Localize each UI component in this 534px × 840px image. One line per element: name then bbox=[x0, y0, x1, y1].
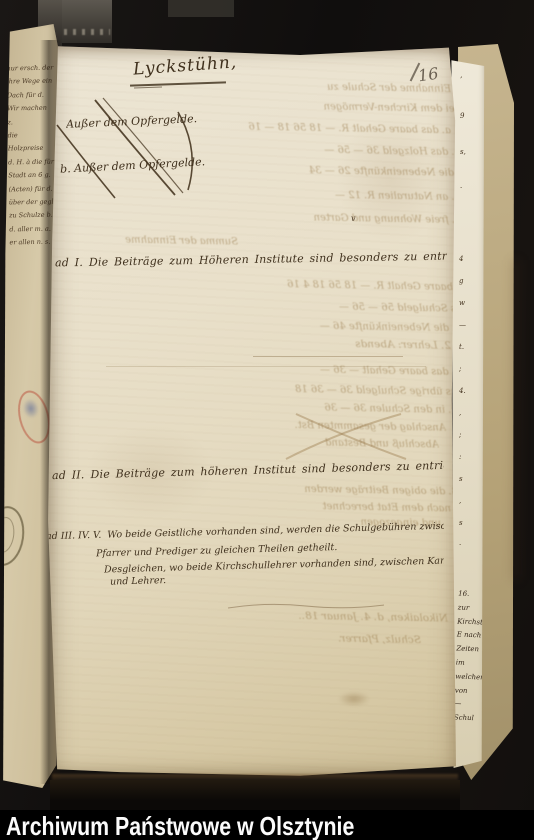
bleed-heading: 2. Lehrer: Abends bbox=[251, 336, 451, 351]
stamp-inner-ring bbox=[0, 516, 17, 554]
sliver-fragments-top: ’ 9 s, · bbox=[460, 62, 482, 206]
paragraph-line-1: Wo beide Geistliche vorhanden sind, werd… bbox=[107, 521, 444, 541]
item-ad-1-marker: ad I. bbox=[55, 256, 83, 269]
item-ad-2-marker: ad II. bbox=[52, 468, 85, 482]
strikethrough-marks bbox=[46, 94, 256, 254]
page-heading: Lyckstühn, bbox=[132, 52, 237, 79]
table-dark-area bbox=[50, 780, 460, 810]
paragraph-marker: ad III. IV. V. bbox=[46, 530, 102, 542]
bleed-line: B. die obigen Beiträge werden bbox=[274, 483, 459, 497]
heading-underline-tick bbox=[134, 87, 162, 89]
sliver-margin-note: 16. zur Kirchst. E nach Zeiten im welche… bbox=[454, 588, 487, 727]
check-mark: v bbox=[351, 214, 356, 223]
binding-fragment-small bbox=[168, 0, 234, 17]
heading-underline bbox=[130, 81, 226, 86]
folio-number: 16 bbox=[417, 64, 440, 86]
bleed-underline bbox=[253, 356, 403, 357]
bleed-line: b. das übrige Schulgeld 36 — 36 18 bbox=[226, 383, 476, 398]
archival-photo: ’ 9 s, · 4 g w — t. ; 4. , ; : s , s · 1… bbox=[0, 0, 534, 840]
bleed-line: c. die Nebeneinkünfte 46 — bbox=[211, 319, 461, 334]
manuscript-page: Einnahme der Schule zu bei dem Kirchen-V… bbox=[46, 44, 458, 778]
bleed-line: b. das Schulgeld 56 — 56 — bbox=[246, 300, 481, 315]
binding-clamp bbox=[62, 0, 112, 43]
ink-smudge bbox=[339, 692, 369, 706]
bleed-line: nach dem Etat berechnet bbox=[286, 501, 451, 515]
sliver-fragments-mid: 4 g w — t. ; 4. , ; : s , s · bbox=[459, 248, 481, 556]
binding-speckles bbox=[64, 29, 110, 35]
background-streak bbox=[512, 260, 520, 580]
bleed-rule bbox=[106, 366, 426, 367]
bleed-signature-name: Schulz, Pfarrer. bbox=[301, 632, 421, 646]
bleed-line: a. das baare Gehalt R. — 18 56 18 4 16 bbox=[186, 277, 486, 293]
bleed-line: bei dem Kirchen-Vermögen bbox=[246, 100, 461, 115]
paragraph-ad-3-5-line-1: ad III. IV. V.Wo beide Geistliche vorhan… bbox=[46, 521, 444, 542]
bleed-cross-strokes bbox=[281, 409, 411, 464]
archive-banner-text: Archiwum Państwowe w Olsztynie bbox=[6, 811, 354, 840]
flourish-line bbox=[226, 600, 386, 612]
blue-stamp-smudge bbox=[21, 397, 41, 420]
underlying-page-edge: ’ 9 s, · 4 g w — t. ; 4. , ; : s , s · 1… bbox=[450, 56, 486, 768]
paragraph-line-4: und Lehrer. bbox=[110, 573, 230, 587]
round-ink-stamp bbox=[0, 504, 28, 569]
paragraph-line-3: Desgleichen, wo beide Kirchschullehrer v… bbox=[104, 556, 444, 576]
